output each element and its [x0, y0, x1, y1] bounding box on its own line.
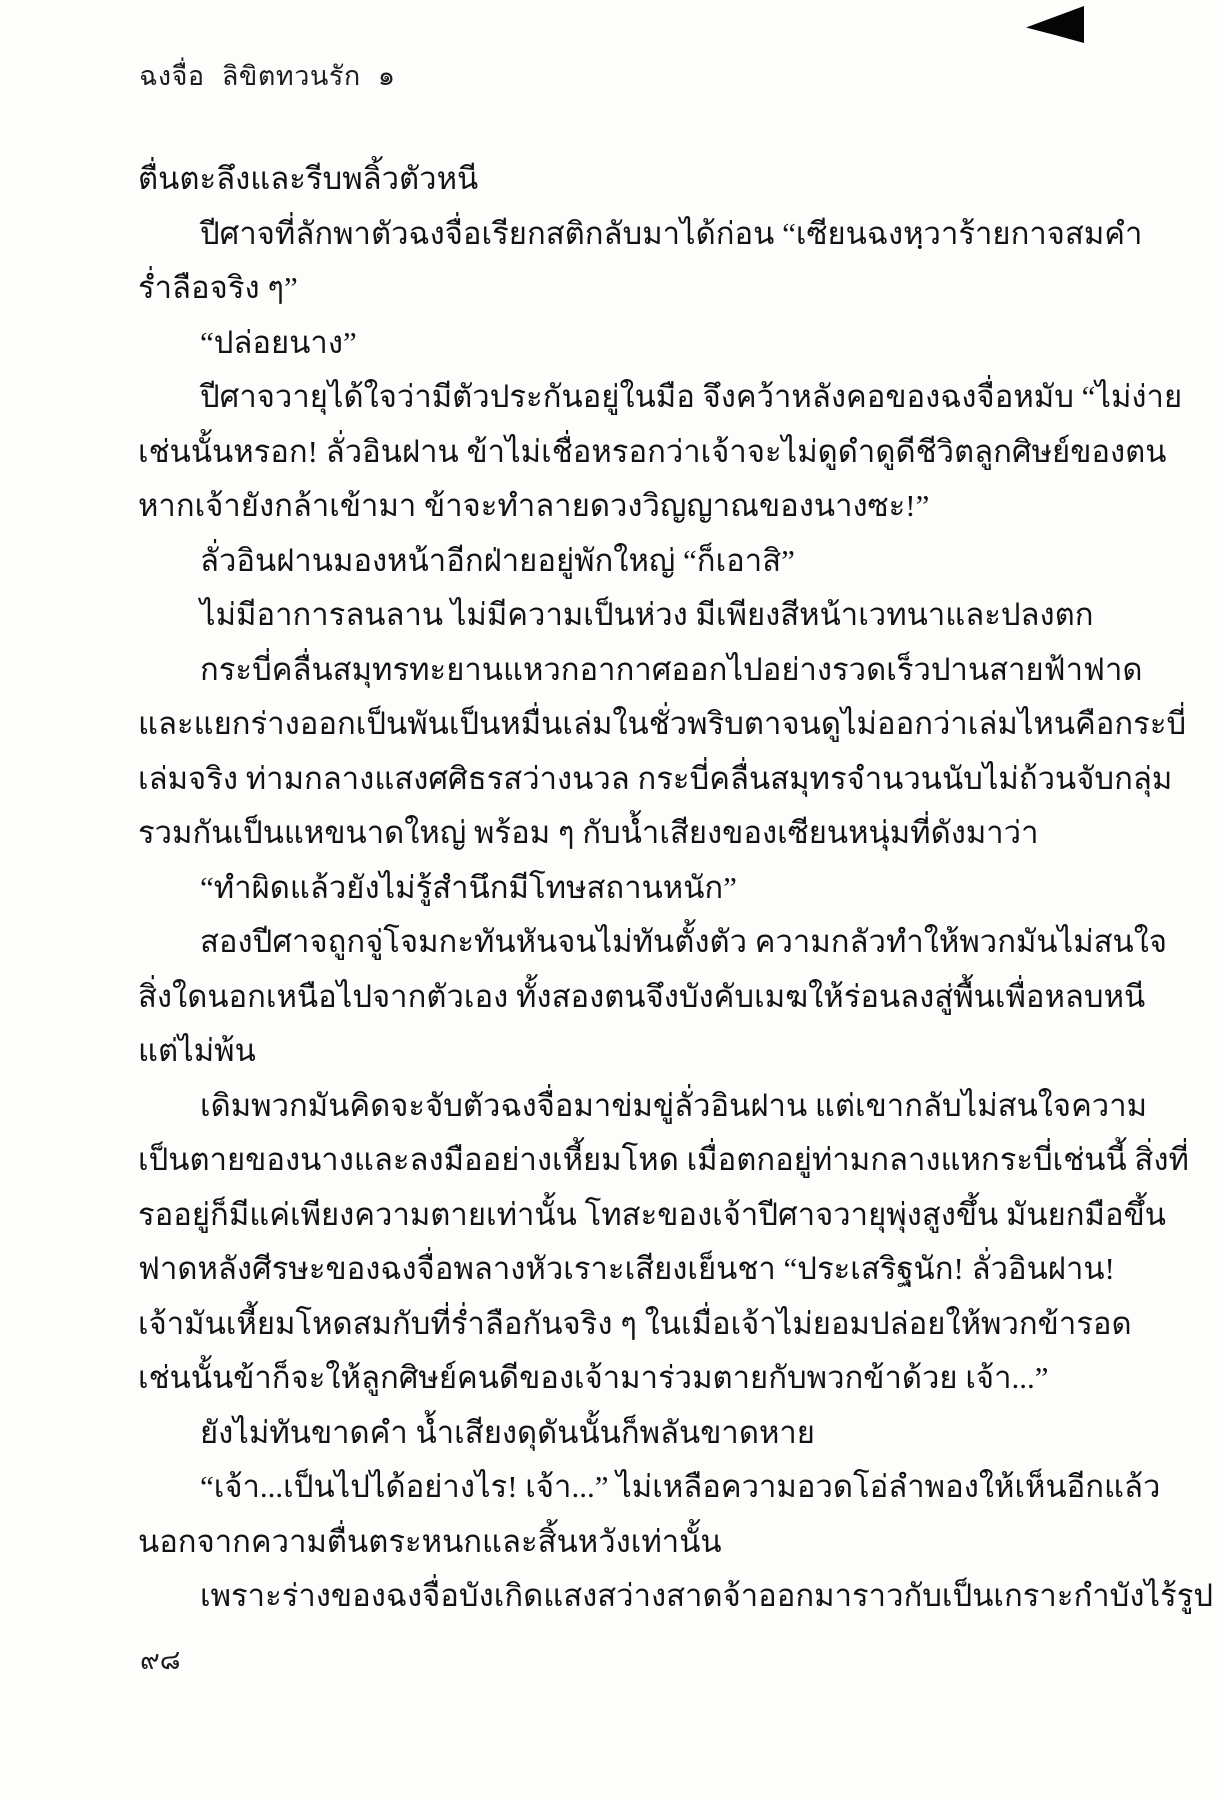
text-line: เป็นตายของนางและลงมืออย่างเหี้ยมโหด เมื่…	[138, 1133, 952, 1188]
page-corner-triangle-icon	[1026, 6, 1084, 43]
text-line: ร่ำลือจริง ๆ”	[138, 261, 952, 316]
text-line: สองปีศาจถูกจู่โจมกะทันหันจนไม่ทันตั้งตัว…	[138, 915, 952, 970]
text-line: ลั่วอินฝานมองหน้าอีกฝ่ายอยู่พักใหญ่ “ก็เ…	[138, 534, 952, 589]
body-text: ตื่นตะลึงและรีบพลิ้วตัวหนีปีศาจที่ลักพาต…	[138, 152, 952, 1624]
text-line: กระบี่คลื่นสมุทรทะยานแหวกอากาศออกไปอย่าง…	[138, 643, 952, 698]
text-line: รออยู่ก็มีแค่เพียงความตายเท่านั้น โทสะขอ…	[138, 1188, 952, 1243]
text-line: เล่มจริง ท่ามกลางแสงศศิธรสว่างนวล กระบี่…	[138, 752, 952, 807]
text-line: “ปล่อยนาง”	[138, 316, 952, 371]
text-line: “เจ้า...เป็นไปได้อย่างไร! เจ้า...” ไม่เห…	[138, 1460, 952, 1515]
text-line: หากเจ้ายังกล้าเข้ามา ข้าจะทำลายดวงวิญญาณ…	[138, 479, 952, 534]
text-line: ปีศาจที่ลักพาตัวฉงจื่อเรียกสติกลับมาได้ก…	[138, 207, 952, 262]
text-line: ยังไม่ทันขาดคำ น้ำเสียงดุดันนั้นก็พลันขา…	[138, 1406, 952, 1461]
text-line: เจ้ามันเหี้ยมโหดสมกับที่ร่ำลือกันจริง ๆ …	[138, 1297, 952, 1352]
text-line: เช่นนั้นข้าก็จะให้ลูกศิษย์คนดีของเจ้ามาร…	[138, 1351, 952, 1406]
text-line: “ทำผิดแล้วยังไม่รู้สำนึกมีโทษสถานหนัก”	[138, 861, 952, 916]
text-line: ฟาดหลังศีรษะของฉงจื่อพลางหัวเราะเสียงเย็…	[138, 1242, 952, 1297]
text-line: สิ่งใดนอกเหนือไปจากตัวเอง ทั้งสองตนจึงบั…	[138, 970, 952, 1025]
text-line: ปีศาจวายุได้ใจว่ามีตัวประกันอยู่ในมือ จึ…	[138, 370, 952, 425]
text-line: เช่นนั้นหรอก! ลั่วอินฝาน ข้าไม่เชื่อหรอก…	[138, 425, 952, 480]
text-line: ไม่มีอาการลนลาน ไม่มีความเป็นห่วง มีเพีย…	[138, 588, 952, 643]
page-number: ๙๘	[140, 1638, 181, 1681]
text-line: แต่ไม่พ้น	[138, 1024, 952, 1079]
text-line: นอกจากความตื่นตระหนกและสิ้นหวังเท่านั้น	[138, 1515, 952, 1570]
text-line: รวมกันเป็นแหขนาดใหญ่ พร้อม ๆ กับน้ำเสียง…	[138, 806, 952, 861]
text-line: เพราะร่างของฉงจื่อบังเกิดแสงสว่างสาดจ้าอ…	[138, 1569, 952, 1624]
text-line: ตื่นตะลึงและรีบพลิ้วตัวหนี	[138, 152, 952, 207]
text-line: และแยกร่างออกเป็นพันเป็นหมื่นเล่มในชั่วพ…	[138, 697, 952, 752]
running-header: ฉงจื่อ ลิขิตทวนรัก ๑	[139, 56, 396, 96]
book-page: ฉงจื่อ ลิขิตทวนรัก ๑ ตื่นตะลึงและรีบพลิ้…	[0, 0, 1225, 1800]
text-line: เดิมพวกมันคิดจะจับตัวฉงจื่อมาข่มขู่ลั่วอ…	[138, 1079, 952, 1134]
